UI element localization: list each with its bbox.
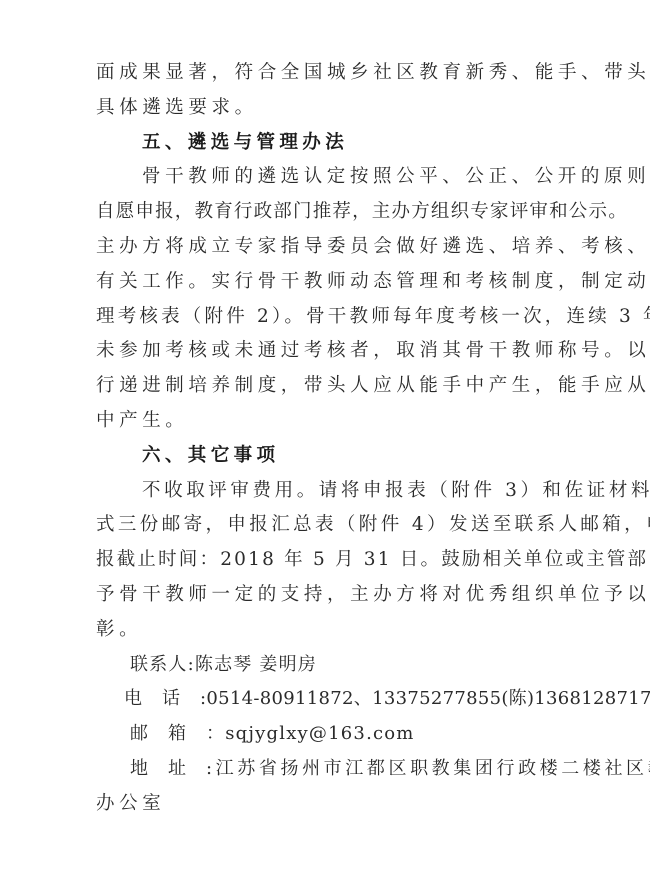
paragraph-line: 骨干教师的遴选认定按照公平、公正、公开的原则进行， — [96, 160, 558, 195]
paragraph-line: 未参加考核或未通过考核者，取消其骨干教师称号。以后实 — [96, 334, 558, 369]
address-line: 地址:江苏省扬州市江都区职教集团行政楼二楼社区教育 — [96, 752, 558, 787]
paragraph-line: 理考核表（附件 2）。骨干教师每年度考核一次，连续 3 年 — [96, 300, 558, 335]
paragraph-line: 行递进制培养制度，带头人应从能手中产生，能手应从新秀 — [96, 369, 558, 404]
email-line: 邮箱：sqjyglxy@163.com — [96, 717, 558, 752]
section-heading-other-matters: 六、其它事项 — [96, 439, 558, 474]
paragraph-line: 主办方将成立专家指导委员会做好遴选、培养、考核、管理 — [96, 230, 558, 265]
paragraph-line: 自愿申报，教育行政部门推荐，主办方组织专家评审和公示。 — [96, 195, 558, 230]
paragraph-line: 报截止时间：2018 年 5 月 31 日。鼓励相关单位或主管部门给 — [96, 543, 558, 578]
contact-person-line: 联系人:陈志琴 姜明房 — [96, 648, 558, 683]
address-continuation: 办公室 — [96, 787, 558, 822]
contact-person-value: 陈志琴 姜明房 — [195, 654, 317, 675]
address-value: :江苏省扬州市江都区职教集团行政楼二楼社区教育 — [206, 758, 650, 779]
paragraph-line: 予骨干教师一定的支持，主办方将对优秀组织单位予以表 — [96, 578, 558, 613]
paragraph-line: 具体遴选要求。 — [96, 91, 558, 126]
phone-label: 电话 — [124, 688, 200, 709]
paragraph-line: 有关工作。实行骨干教师动态管理和考核制度，制定动态管 — [96, 265, 558, 300]
paragraph-line: 式三份邮寄，申报汇总表（附件 4）发送至联系人邮箱，申 — [96, 508, 558, 543]
document-page: 面成果显著，符合全国城乡社区教育新秀、能手、带头人的 具体遴选要求。 五、遴选与… — [96, 56, 558, 822]
paragraph-line: 不收取评审费用。请将申报表（附件 3）和佐证材料一 — [96, 474, 558, 509]
paragraph-line: 彰。 — [96, 613, 558, 648]
section-heading-selection-management: 五、遴选与管理办法 — [96, 126, 558, 161]
contact-person-label: 联系人: — [130, 654, 195, 675]
email-label: 邮箱 — [130, 723, 206, 744]
phone-value: :0514-80911872、13375277855(陈)13681287172… — [200, 688, 650, 709]
address-label: 地址 — [130, 758, 206, 779]
email-value: ：sqjyglxy@163.com — [206, 723, 415, 744]
paragraph-line: 面成果显著，符合全国城乡社区教育新秀、能手、带头人的 — [96, 56, 558, 91]
paragraph-line: 中产生。 — [96, 404, 558, 439]
phone-line: 电话:0514-80911872、13375277855(陈)136812871… — [96, 682, 558, 717]
